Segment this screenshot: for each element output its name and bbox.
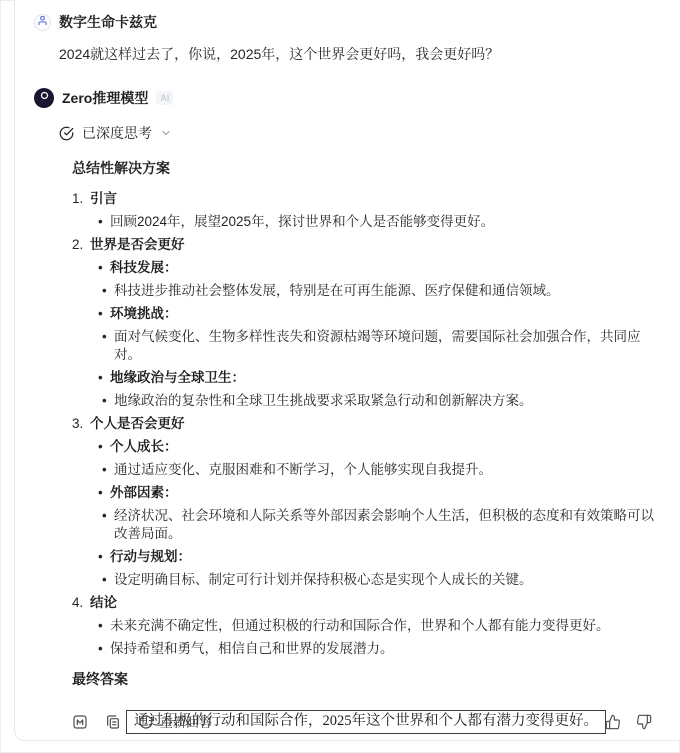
sub-bullet: 地缘政治的复杂性和全球卫生挑战要求采取紧急行动和创新解决方案。 (100, 392, 660, 410)
sub-bullet: 设定明确目标、制定可行计划并保持积极心态是实现个人成长的关键。 (100, 571, 660, 589)
bullet: 回顾2024年，展望2025年，探讨世界和个人是否能够变得更好。 (96, 213, 660, 231)
user-message-text: 2024就这样过去了，你说，2025年，这个世界会更好吗，我会更好吗？ (59, 45, 664, 64)
bullet-label: 外部因素： (96, 484, 660, 502)
item-title: 结论 (90, 594, 117, 612)
deep-thought-label: 已深度思考 (82, 123, 152, 143)
user-name: 数字生命卡兹克 (59, 12, 157, 32)
bullet-label: 行动与规划： (96, 548, 660, 566)
sub-bullet: 通过适应变化、克服困难和不断学习，个人能够实现自我提升。 (100, 461, 660, 479)
plan-heading: 总结性解决方案 (72, 159, 660, 177)
item-number: 3. (72, 415, 90, 433)
bullet-label: 个人成长： (96, 438, 660, 456)
list-item: 2. 世界是否会更好 科技发展： 科技进步推动社会整体发展，特别是在可再生能源、… (72, 236, 660, 410)
copy-button[interactable] (105, 714, 121, 730)
bullet-label: 环境挑战： (96, 305, 660, 323)
sub-bullet: 科技进步推动社会整体发展，特别是在可再生能源、医疗保健和通信领域。 (100, 282, 660, 300)
list-item: 1. 引言 回顾2024年，展望2025年，探讨世界和个人是否能够变得更好。 (72, 190, 660, 231)
item-title: 引言 (90, 190, 117, 208)
chat-panel: 数字生命卡兹克 2024就这样过去了，你说，2025年，这个世界会更好吗，我会更… (14, 0, 680, 741)
final-answer-heading: 最终答案 (72, 670, 660, 688)
assistant-message: Zero推理模型 AI 已深度思考 总结性解决方案 1. 引言 回顾2024年，… (34, 88, 680, 734)
thumbs-down-button[interactable] (636, 714, 652, 730)
copy-icon (105, 714, 121, 730)
assistant-answer: 总结性解决方案 1. 引言 回顾2024年，展望2025年，探讨世界和个人是否能… (72, 159, 660, 734)
item-number: 2. (72, 236, 90, 254)
user-avatar (34, 14, 51, 31)
bullet: 保持希望和勇气，相信自己和世界的发展潜力。 (96, 640, 660, 658)
user-message: 数字生命卡兹克 2024就这样过去了，你说，2025年，这个世界会更好吗，我会更… (34, 12, 680, 64)
assistant-avatar (34, 88, 54, 108)
knot-logo-icon (38, 89, 51, 107)
markdown-icon (72, 714, 88, 730)
item-number: 1. (72, 190, 90, 208)
thumbs-up-button[interactable] (605, 714, 621, 730)
bullet-label: 地缘政治与全球卫生： (96, 369, 660, 387)
item-title: 世界是否会更好 (90, 236, 185, 254)
message-toolbar: 重新回答 (72, 712, 652, 731)
thumbs-down-icon (636, 714, 652, 730)
bullet-label: 科技发展： (96, 259, 660, 277)
markdown-button[interactable] (72, 714, 88, 730)
regenerate-icon (138, 714, 154, 730)
check-circle-icon (59, 126, 74, 141)
bullet: 未来充满不确定性，但通过积极的行动和国际合作，世界和个人都有能力变得更好。 (96, 617, 660, 635)
ai-badge: AI (156, 91, 173, 105)
regenerate-label: 重新回答 (160, 712, 212, 731)
assistant-name: Zero推理模型 (62, 88, 148, 108)
list-item: 4. 结论 未来充满不确定性，但通过积极的行动和国际合作，世界和个人都有能力变得… (72, 594, 660, 658)
deep-thought-toggle[interactable]: 已深度思考 (59, 123, 172, 143)
person-icon (37, 13, 48, 31)
sub-bullet: 面对气候变化、生物多样性丧失和资源枯竭等环境问题，需要国际社会加强合作，共同应对… (100, 328, 660, 364)
chat-screenshot: { "user": { "name": "数字生命卡兹克", "message"… (0, 0, 680, 753)
item-number: 4. (72, 594, 90, 612)
regenerate-button[interactable]: 重新回答 (138, 712, 212, 731)
item-title: 个人是否会更好 (90, 415, 185, 433)
sub-bullet: 经济状况、社会环境和人际关系等外部因素会影响个人生活，但积极的态度和有效策略可以… (100, 507, 660, 543)
chevron-down-icon (160, 127, 172, 139)
list-item: 3. 个人是否会更好 个人成长： 通过适应变化、克服困难和不断学习，个人能够实现… (72, 415, 660, 589)
thumbs-up-icon (605, 714, 621, 730)
